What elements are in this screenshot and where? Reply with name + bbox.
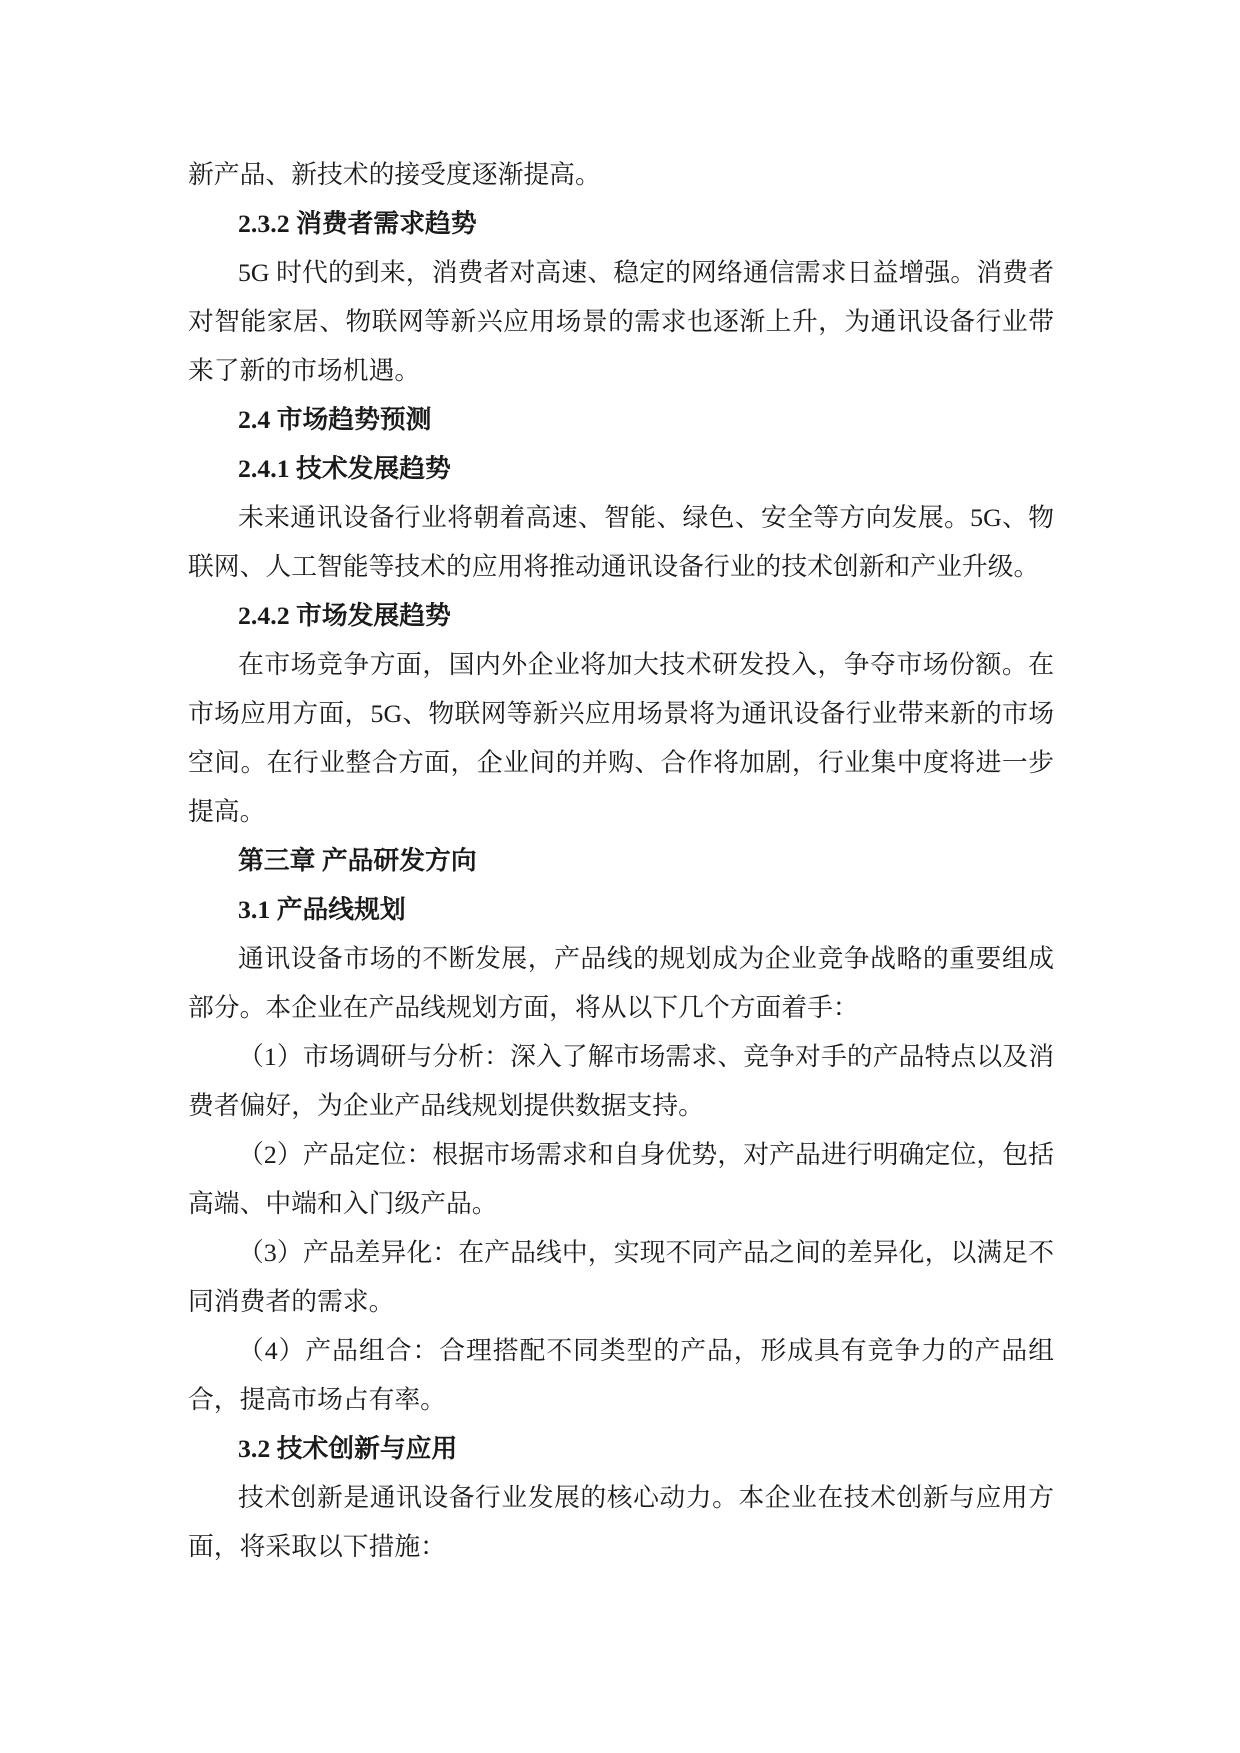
body-paragraph: 技术创新是通讯设备行业发展的核心动力。本企业在技术创新与应用方面，将采取以下措施… — [188, 1473, 1054, 1571]
section-heading-3-2: 3.2 技术创新与应用 — [188, 1424, 1054, 1473]
list-item-paragraph-1: （1）市场调研与分析：深入了解市场需求、竞争对手的产品特点以及消费者偏好，为企业… — [188, 1032, 1054, 1130]
section-heading-2-4: 2.4 市场趋势预测 — [188, 395, 1054, 444]
body-paragraph: 通讯设备市场的不断发展，产品线的规划成为企业竞争战略的重要组成部分。本企业在产品… — [188, 934, 1054, 1032]
chapter-heading-3: 第三章 产品研发方向 — [188, 836, 1054, 885]
section-heading-2-4-1: 2.4.1 技术发展趋势 — [188, 444, 1054, 493]
section-heading-2-4-2: 2.4.2 市场发展趋势 — [188, 591, 1054, 640]
list-item-paragraph-4: （4）产品组合：合理搭配不同类型的产品，形成具有竞争力的产品组合，提高市场占有率… — [188, 1326, 1054, 1424]
document-content: 新产品、新技术的接受度逐渐提高。 2.3.2 消费者需求趋势 5G 时代的到来，… — [188, 150, 1054, 1571]
list-item-paragraph-2: （2）产品定位：根据市场需求和自身优势，对产品进行明确定位，包括高端、中端和入门… — [188, 1130, 1054, 1228]
body-paragraph: 未来通讯设备行业将朝着高速、智能、绿色、安全等方向发展。5G、物联网、人工智能等… — [188, 493, 1054, 591]
section-heading-2-3-2: 2.3.2 消费者需求趋势 — [188, 199, 1054, 248]
body-paragraph: 在市场竞争方面，国内外企业将加大技术研发投入，争夺市场份额。在市场应用方面，5G… — [188, 640, 1054, 836]
body-paragraph: 5G 时代的到来，消费者对高速、稳定的网络通信需求日益增强。消费者对智能家居、物… — [188, 248, 1054, 395]
list-item-paragraph-3: （3）产品差异化：在产品线中，实现不同产品之间的差异化，以满足不同消费者的需求。 — [188, 1228, 1054, 1326]
section-heading-3-1: 3.1 产品线规划 — [188, 885, 1054, 934]
body-paragraph-continuation: 新产品、新技术的接受度逐渐提高。 — [188, 150, 1054, 199]
document-page: 新产品、新技术的接受度逐渐提高。 2.3.2 消费者需求趋势 5G 时代的到来，… — [0, 0, 1240, 1753]
